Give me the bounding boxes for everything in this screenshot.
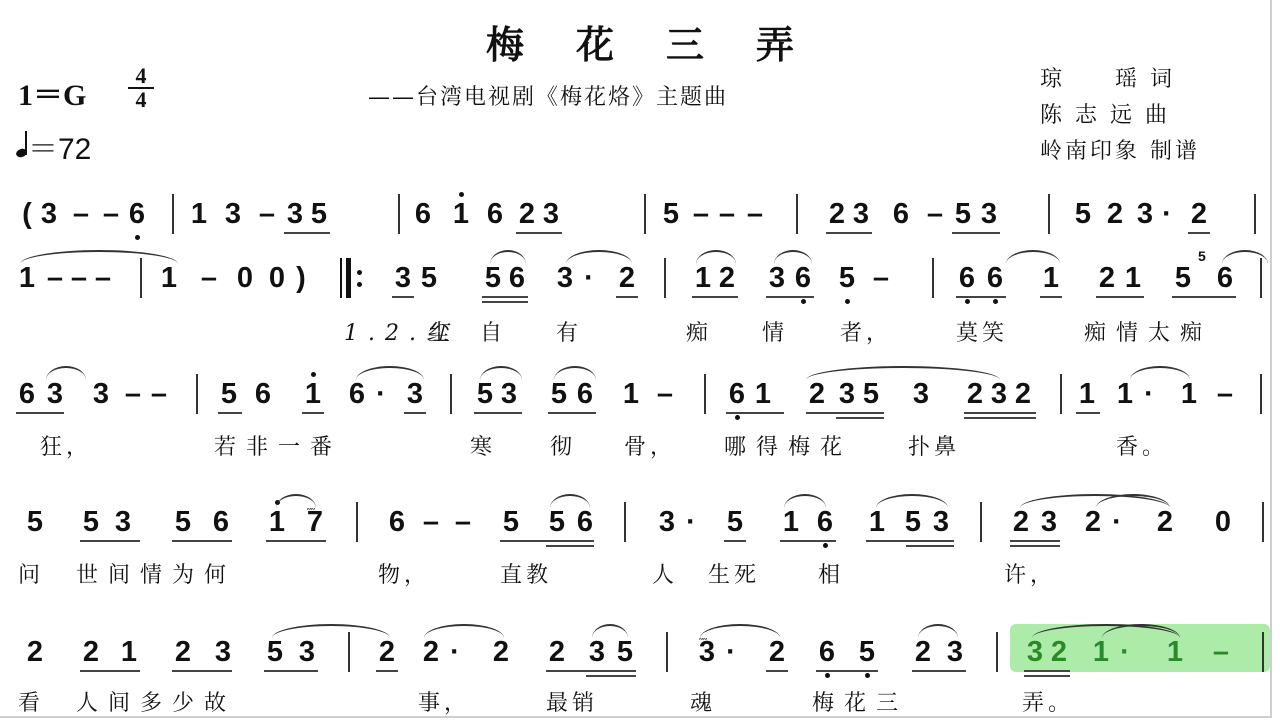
note: –	[1210, 636, 1232, 668]
note: 3	[1038, 506, 1060, 538]
quarter-note-icon	[16, 129, 28, 159]
note: 5	[548, 378, 570, 410]
note: 7	[304, 506, 326, 538]
note: 5	[1172, 262, 1194, 294]
note: 2	[1048, 636, 1070, 668]
note: 3	[656, 506, 678, 538]
barline	[704, 374, 706, 414]
note: 6	[726, 378, 748, 410]
note: 3	[766, 262, 788, 294]
note: 2	[1154, 506, 1176, 538]
lyric-syllable: 事，	[418, 686, 470, 717]
note: –	[744, 198, 766, 230]
note: 6	[412, 198, 434, 230]
note: 6	[792, 262, 814, 294]
note: 5	[952, 198, 974, 230]
barline	[140, 258, 142, 298]
note: 6	[574, 378, 596, 410]
note: 2	[826, 198, 848, 230]
note: 1	[302, 378, 324, 410]
note: ·	[370, 378, 392, 410]
note: 2	[420, 636, 442, 668]
rhythm-underline	[836, 417, 884, 419]
rhythm-underline	[392, 296, 414, 298]
note: 5	[902, 506, 924, 538]
lyric-syllable: 寒	[470, 430, 496, 461]
lyric-syllable: 若非一番	[214, 430, 342, 461]
note: 5	[1072, 198, 1094, 230]
rhythm-underline	[586, 670, 636, 672]
note: –	[198, 262, 220, 294]
barline	[1262, 632, 1264, 672]
lyric-syllable: 痴	[686, 316, 712, 347]
note: 5	[264, 636, 286, 668]
note: 3	[1134, 198, 1156, 230]
note: 3	[988, 378, 1010, 410]
note: –	[452, 506, 474, 538]
note: –	[70, 198, 92, 230]
note: 3	[850, 198, 872, 230]
barline	[1262, 502, 1264, 542]
note: 3	[404, 378, 426, 410]
note: 2	[80, 636, 102, 668]
lyric-syllable: 痴情太痴	[1084, 316, 1212, 347]
rhythm-underline	[964, 417, 1036, 419]
note: 3	[836, 378, 858, 410]
rhythm-underline	[692, 296, 738, 298]
barline	[1260, 258, 1262, 298]
note: ·	[1106, 506, 1128, 538]
lyric-syllable: 尘	[428, 316, 454, 347]
lyric-syllable: 哪得梅花	[724, 430, 852, 461]
rhythm-underline	[826, 232, 872, 234]
note: 6	[956, 262, 978, 294]
note: 6	[252, 378, 274, 410]
lyric-syllable: 看	[18, 686, 44, 717]
rhythm-underline	[836, 412, 884, 414]
lower-octave-dot	[865, 673, 870, 678]
note: –	[690, 198, 712, 230]
rhythm-underline	[1172, 296, 1236, 298]
rhythm-underline	[474, 412, 522, 414]
grace-note: 5	[1198, 248, 1206, 264]
note: 1	[752, 378, 774, 410]
note: –	[122, 378, 144, 410]
note: 6	[346, 378, 368, 410]
repeat-part	[357, 270, 362, 275]
note: 3	[212, 636, 234, 668]
lyric-syllable: 世间情为何	[76, 558, 236, 589]
rhythm-underline	[912, 670, 966, 672]
rhythm-underline	[766, 670, 788, 672]
note: 5	[308, 198, 330, 230]
rhythm-underline	[302, 412, 324, 414]
rhythm-underline	[264, 670, 318, 672]
note: 3	[554, 262, 576, 294]
note: 6	[506, 262, 528, 294]
note: 2	[1012, 378, 1034, 410]
note: –	[44, 262, 66, 294]
lyric-syllable: 香。	[1116, 430, 1168, 461]
note: ·	[1114, 636, 1136, 668]
barline	[796, 194, 798, 234]
note: 6	[890, 198, 912, 230]
note: 0	[266, 262, 288, 294]
barline	[996, 632, 998, 672]
repeat-part	[346, 258, 351, 298]
lyric-syllable: 者，	[840, 316, 892, 347]
transcriber-credit: 岭南印象 制谱	[1040, 134, 1200, 165]
lyric-syllable: 自	[480, 316, 506, 347]
repeat-part	[357, 282, 362, 287]
note: 2	[24, 636, 46, 668]
note: 2	[490, 636, 512, 668]
note: 5	[218, 378, 240, 410]
note: –	[870, 262, 892, 294]
tempo-value: ＝72	[28, 133, 91, 166]
note: –	[420, 506, 442, 538]
lyric-syllable: 扑鼻	[908, 430, 960, 461]
repeat-start-sign	[340, 258, 364, 298]
lyric-syllable: 骨，	[624, 430, 676, 461]
note: 1	[188, 198, 210, 230]
lyric-syllable: 问	[18, 558, 44, 589]
rhythm-underline	[516, 232, 562, 234]
note: 1	[1090, 636, 1112, 668]
note: 6	[386, 506, 408, 538]
lower-octave-dot	[735, 415, 740, 420]
note: 6	[574, 506, 596, 538]
barline	[1254, 194, 1256, 234]
rhythm-underline	[1010, 540, 1060, 542]
note: 1	[1076, 378, 1098, 410]
note: –	[92, 262, 114, 294]
barline	[356, 502, 358, 542]
rhythm-underline	[404, 412, 426, 414]
note: –	[148, 378, 170, 410]
note: 1	[118, 636, 140, 668]
rhythm-underline	[1024, 675, 1070, 677]
note: 2	[546, 636, 568, 668]
rhythm-underline	[816, 670, 878, 672]
note: 1	[866, 506, 888, 538]
rhythm-underline	[964, 412, 1036, 414]
rhythm-underline	[1040, 296, 1062, 298]
note: 6	[210, 506, 232, 538]
barline	[980, 502, 982, 542]
note: –	[68, 262, 90, 294]
note: 6	[814, 506, 836, 538]
barline	[666, 632, 668, 672]
note: 1	[1164, 636, 1186, 668]
upper-octave-dot	[459, 192, 464, 197]
lyric-syllable: 魂	[690, 686, 716, 717]
tempo-marking: ＝72	[16, 124, 91, 168]
note: 2	[1188, 198, 1210, 230]
note: 3	[930, 506, 952, 538]
note: ·	[720, 636, 742, 668]
note: –	[256, 198, 278, 230]
note: 3	[112, 506, 134, 538]
rhythm-underline	[726, 412, 784, 414]
rhythm-underline	[172, 540, 232, 542]
note: 5	[860, 378, 882, 410]
note: ·	[578, 262, 600, 294]
note: 5	[724, 506, 746, 538]
rhythm-underline	[616, 296, 638, 298]
rhythm-underline	[724, 540, 746, 542]
time-signature-top: 4	[128, 66, 154, 86]
note: 3	[586, 636, 608, 668]
lyric-syllable: 直教	[500, 558, 552, 589]
rhythm-underline	[1076, 412, 1100, 414]
note: 6	[1214, 262, 1236, 294]
rhythm-underline	[482, 301, 528, 303]
lyric-syllable: 梅花三	[812, 686, 908, 717]
rhythm-underline	[1188, 232, 1210, 234]
note: 3	[498, 378, 520, 410]
rhythm-underline	[906, 545, 954, 547]
rhythm-underline	[956, 296, 1006, 298]
note: 3	[38, 198, 60, 230]
note: 2	[172, 636, 194, 668]
note: 2	[516, 198, 538, 230]
lyric-syllable: 许，	[1004, 558, 1056, 589]
lower-octave-dot	[845, 299, 850, 304]
note: 2	[1010, 506, 1032, 538]
note: 5	[24, 506, 46, 538]
note: 3	[90, 378, 112, 410]
lyric-syllable: 狂，	[40, 430, 92, 461]
lyric-syllable: 最销	[546, 686, 598, 717]
note: 2	[964, 378, 986, 410]
rhythm-underline	[952, 232, 1000, 234]
rhythm-underline	[1024, 670, 1070, 672]
note: 5	[546, 506, 568, 538]
note: 6	[816, 636, 838, 668]
note: 5	[80, 506, 102, 538]
rhythm-underline	[1096, 296, 1144, 298]
note: 5	[660, 198, 682, 230]
note: 2	[1096, 262, 1118, 294]
note: 3	[44, 378, 66, 410]
note: 5	[474, 378, 496, 410]
note: 5	[856, 636, 878, 668]
note: 5	[482, 262, 504, 294]
ornament-mark: ˷˷	[698, 626, 706, 640]
note: –	[1214, 378, 1236, 410]
note: –	[716, 198, 738, 230]
note: 5	[418, 262, 440, 294]
lyric-syllable: 人间多少故	[76, 686, 236, 717]
note: 5	[500, 506, 522, 538]
lower-octave-dot	[135, 235, 140, 240]
lower-octave-dot	[825, 673, 830, 678]
barline	[664, 258, 666, 298]
note: 3	[944, 636, 966, 668]
rhythm-underline	[284, 232, 330, 234]
barline	[644, 194, 646, 234]
rhythm-underline	[906, 540, 954, 542]
barline	[348, 632, 350, 672]
lyric-syllable: 弄。	[1022, 686, 1074, 717]
key-signature: 1＝G	[18, 70, 86, 114]
note: )	[290, 262, 312, 294]
time-signature: 4 4	[128, 66, 154, 110]
lyric-syllable: 莫笑	[956, 316, 1008, 347]
note: 2	[912, 636, 934, 668]
note: 0	[1212, 506, 1234, 538]
barline	[624, 502, 626, 542]
rhythm-underline	[482, 296, 528, 298]
upper-octave-dot	[311, 372, 316, 377]
note: 6	[484, 198, 506, 230]
note: 5	[836, 262, 858, 294]
barline	[450, 374, 452, 414]
note: (	[16, 198, 38, 230]
note: 1	[780, 506, 802, 538]
note: ·	[1138, 378, 1160, 410]
note: ·	[444, 636, 466, 668]
barline	[196, 374, 198, 414]
note: 0	[234, 262, 256, 294]
note: –	[100, 198, 122, 230]
ornament-mark: ˷˷	[306, 496, 314, 510]
rhythm-underline	[546, 540, 594, 542]
composer-credit: 陈 志 远 曲	[1040, 98, 1170, 129]
lyricist-credit: 琼 瑶 词	[1040, 62, 1175, 93]
note: 5	[614, 636, 636, 668]
note: 3	[284, 198, 306, 230]
note: 1	[450, 198, 472, 230]
lyric-syllable: 生死	[708, 558, 760, 589]
rhythm-underline	[1010, 545, 1060, 547]
barline	[932, 258, 934, 298]
note: 2	[1104, 198, 1126, 230]
lyric-syllable: 有	[556, 316, 582, 347]
song-title: 梅花三弄	[0, 14, 1280, 69]
note: 1	[1122, 262, 1144, 294]
song-subtitle: ——台湾电视剧《梅花烙》主题曲	[368, 80, 728, 111]
lyric-syllable: 相	[818, 558, 844, 589]
note: 2	[806, 378, 828, 410]
lyric-syllable: 物，	[378, 558, 430, 589]
rhythm-underline	[80, 540, 140, 542]
note: 3	[296, 636, 318, 668]
lower-octave-dot	[965, 299, 970, 304]
lower-octave-dot	[993, 299, 998, 304]
note: 2	[766, 636, 788, 668]
rhythm-underline	[80, 670, 140, 672]
note: –	[924, 198, 946, 230]
rhythm-underline	[546, 545, 594, 547]
barline	[1048, 194, 1050, 234]
lyric-syllable: 情	[762, 316, 788, 347]
barline	[172, 194, 174, 234]
note: 1	[16, 262, 38, 294]
note: 2	[1082, 506, 1104, 538]
note: 1	[266, 506, 288, 538]
rhythm-underline	[376, 670, 398, 672]
note: 3	[540, 198, 562, 230]
note: 1	[620, 378, 642, 410]
barline	[1060, 374, 1062, 414]
note: 6	[16, 378, 38, 410]
note: 6	[126, 198, 148, 230]
barline	[1260, 374, 1262, 414]
note: 2	[616, 262, 638, 294]
note: 2	[716, 262, 738, 294]
note: –	[654, 378, 676, 410]
note: 1	[158, 262, 180, 294]
rhythm-underline	[780, 540, 836, 542]
lyric-syllable: 人	[652, 558, 678, 589]
lower-octave-dot	[823, 543, 828, 548]
lyric-syllable: 彻	[550, 430, 576, 461]
note: 3	[392, 262, 414, 294]
rhythm-underline	[218, 412, 242, 414]
note: ·	[1156, 198, 1178, 230]
rhythm-underline	[172, 670, 232, 672]
note: 2	[376, 636, 398, 668]
rhythm-underline	[548, 412, 596, 414]
note: ·	[680, 506, 702, 538]
rhythm-underline	[586, 675, 636, 677]
note: 3	[1024, 636, 1046, 668]
note: 1	[1114, 378, 1136, 410]
rhythm-underline	[16, 412, 64, 414]
repeat-part	[340, 258, 342, 298]
barline	[398, 194, 400, 234]
note: 5	[172, 506, 194, 538]
note: 1	[692, 262, 714, 294]
rhythm-underline	[766, 296, 814, 298]
note: 1	[1178, 378, 1200, 410]
note: 1	[1040, 262, 1062, 294]
rhythm-underline	[266, 540, 326, 542]
note: 3	[910, 378, 932, 410]
note: 3	[978, 198, 1000, 230]
note: 3	[696, 636, 718, 668]
time-signature-bottom: 4	[128, 90, 154, 110]
note: 3	[222, 198, 244, 230]
lower-octave-dot	[801, 299, 806, 304]
note: 6	[984, 262, 1006, 294]
